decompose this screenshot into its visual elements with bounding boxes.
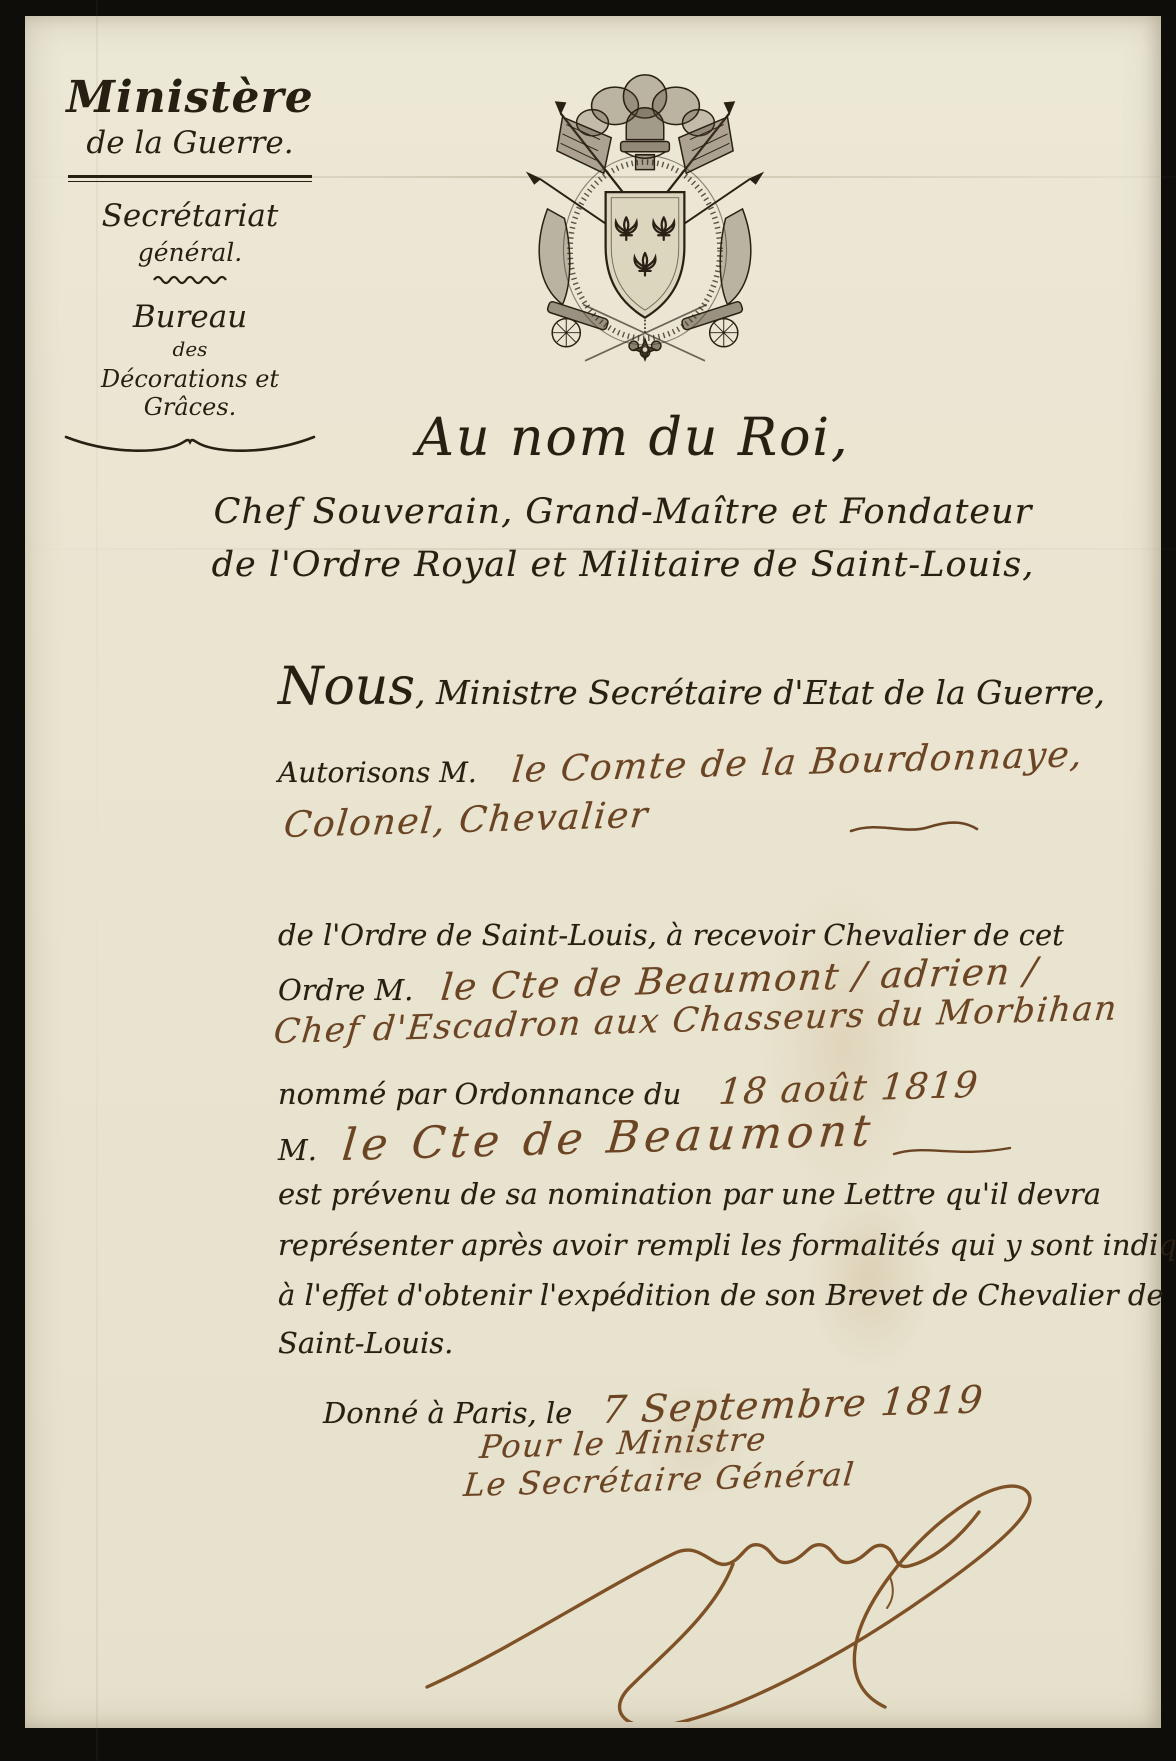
letterhead-general: général. (62, 238, 318, 267)
para-line-5: M. le Cte de Beaumont (278, 1120, 1012, 1171)
para-line-6: est prévenu de sa nomination par une Let… (278, 1177, 1101, 1211)
body-autorisons-line: Autorisons M. le Comte de la Bourdonnaye… (278, 750, 1079, 791)
pen-flourish (892, 1144, 1012, 1160)
para-line-3-unit: Chef d'Escadron aux Chasseurs du Morbiha… (272, 1012, 1113, 1052)
pen-flourish (849, 819, 979, 837)
letterhead-ministere: Ministère (62, 72, 318, 123)
title-chef-souverain: Chef Souverain, Grand-Maître et Fondateu… (0, 492, 1176, 532)
ordonnance-label: nommé par Ordonnance du (278, 1077, 681, 1111)
title-ordre-royal: de l'Ordre Royal et Militaire de Saint-L… (0, 545, 1176, 585)
dateline-label: Donné à Paris, le (323, 1396, 572, 1430)
royal-coat-of-arms-emblem (495, 68, 795, 378)
body-opening-line: Nous, Ministre Secrétaire d'Etat de la G… (278, 672, 1105, 712)
letterhead-de-la-guerre: de la Guerre. (62, 125, 318, 161)
para-line-8: à l'effet d'obtenir l'expédition de son … (278, 1278, 1164, 1312)
ordre-label: Ordre M. (278, 973, 413, 1007)
wavy-rule-ornament (152, 273, 228, 285)
para-line-9: Saint-Louis. (278, 1326, 453, 1360)
ministry-letterhead: Ministère de la Guerre. Secrétariat géné… (62, 72, 318, 457)
letterhead-des: des (62, 337, 318, 361)
opening-rest: , Ministre Secrétaire d'Etat de la Guerr… (415, 673, 1105, 712)
autorisons-label: Autorisons M. (278, 756, 477, 789)
opening-nous: Nous (278, 657, 415, 717)
scanned-document: Ministère de la Guerre. Secrétariat géné… (0, 0, 1176, 1761)
double-rule-divider (68, 175, 312, 182)
letterhead-bureau: Bureau (62, 299, 318, 335)
m-label: M. (278, 1133, 317, 1167)
signature-flourish (415, 1482, 1115, 1722)
title-au-nom-du-roi: Au nom du Roi, (0, 408, 1176, 468)
body-rank-line: Colonel, Chevalier (282, 805, 979, 846)
letterhead-secretariat: Secrétariat (62, 198, 318, 234)
para-line-7: représenter après avoir rempli les forma… (278, 1228, 1176, 1262)
para-line-1: de l'Ordre de Saint-Louis, à recevoir Ch… (278, 918, 1064, 952)
